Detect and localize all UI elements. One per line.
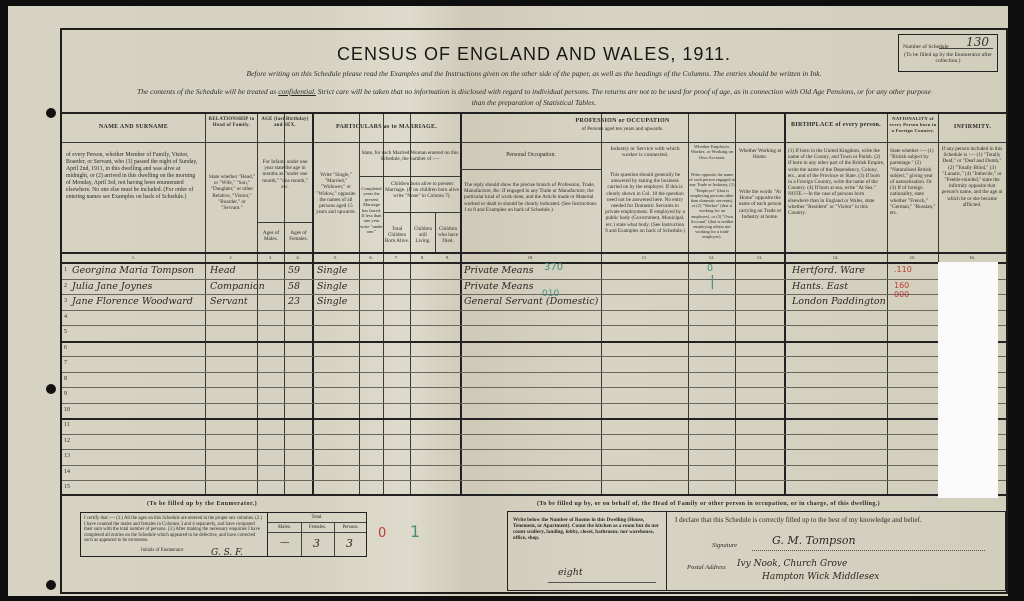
person-name: Georgina Maria Tompson — [72, 265, 194, 276]
col-instructions-relationship: State whether "Head," or "Wife," "Son," … — [208, 174, 256, 211]
person-name: Jane Florence Woodward — [72, 296, 193, 307]
col-number: 2. — [205, 255, 257, 260]
col-instructions-married-woman: State, for each Married Woman entered on… — [360, 150, 460, 162]
schedule-note: (To be filled up by the Enumerator after… — [903, 52, 993, 64]
total-males: — — [280, 537, 290, 548]
table-row: 3 Jane Florence Woodward Servant 23 Sing… — [62, 295, 1006, 311]
declaration-text: I declare that this Schedule is correctl… — [675, 516, 997, 524]
table-row: 7 — [62, 357, 1006, 373]
totals-label: Total. — [268, 515, 366, 520]
blue-mark: 1 — [410, 522, 420, 541]
birthplace: London Paddington — [792, 296, 886, 307]
enumerator-initials: G. S. F. — [211, 551, 243, 557]
total-females: 3 — [313, 537, 320, 550]
col-instructions-employer-status: Write opposite the name of each person e… — [689, 172, 735, 240]
row-number: 4 — [64, 314, 67, 320]
header-divider — [383, 212, 460, 213]
row-number: 5 — [64, 329, 67, 335]
males-label: Males. — [268, 525, 301, 530]
col-number: 10. — [460, 255, 601, 260]
col-instructions-age: For Infants under one year state the age… — [259, 159, 311, 190]
household-caption: (To be filled up by, or on behalf of, th… — [537, 501, 880, 507]
table-row: 1 Georgina Maria Tompson Head 59 Single … — [62, 264, 1006, 280]
row-number: 8 — [64, 376, 67, 382]
table-row: 6 — [62, 342, 1006, 358]
person-name: Julia Jane Joynes — [72, 281, 152, 292]
occupation: General Servant (Domestic) — [464, 296, 598, 307]
punch-hole — [46, 108, 56, 118]
table-body: 1 Georgina Maria Tompson Head 59 Single … — [62, 264, 1006, 494]
table-row: 8 — [62, 373, 1006, 389]
col-header-infirmity: INFIRMITY. — [939, 124, 1006, 130]
col-number: 13. — [735, 255, 784, 260]
birthplace: Hertford. Ware — [792, 265, 865, 276]
notice-text: The contents of the Schedule will be tre… — [137, 87, 278, 96]
col-header-employer-status: Whether Employer, Worker, or Working on … — [689, 144, 735, 160]
col-instructions-marital-status: Write "Single," "Married," "Widower," or… — [314, 172, 358, 215]
punch-hole — [46, 580, 56, 590]
notice-text: than the preparation of Statistical Tabl… — [472, 98, 596, 107]
footer-section: (To be filled up by the Enumerator.) I c… — [62, 494, 1006, 596]
col-number: 14. — [784, 255, 887, 260]
age-female: 59 — [288, 265, 300, 276]
col-header-children-living: Children still Living. — [411, 226, 435, 245]
col-instructions-industry: This question should generally be answer… — [604, 172, 686, 234]
row-number: 9 — [64, 391, 67, 397]
rooms-instructions: Write below the Number of Rooms in this … — [513, 517, 659, 541]
row-number: 1 — [64, 267, 67, 273]
occupation-code: 010 — [542, 289, 559, 299]
row-number: 2 — [64, 283, 67, 289]
table-row: 12 — [62, 435, 1006, 451]
col-number: 4. — [284, 255, 312, 260]
table-row: 10 — [62, 404, 1006, 421]
declaration-box: I declare that this Schedule is correctl… — [667, 511, 1006, 591]
col-header-total-children: Total Children Born Alive. — [384, 226, 410, 245]
row-number: 11 — [64, 422, 70, 428]
col-divider — [435, 212, 436, 252]
postal-address-line2: Hampton Wick Middlesex — [762, 572, 879, 582]
relationship: Companion — [210, 281, 265, 292]
household-table: NAME AND SURNAME of every Person, whethe… — [62, 112, 1006, 494]
occupation: Private Means — [464, 265, 533, 276]
col-header-industry: Industry or Service with which worker is… — [603, 146, 687, 158]
col-header-years-married: Completed years the present Marriage has… — [360, 186, 383, 235]
col-number: 8. — [410, 255, 435, 260]
col-number: 3. — [257, 255, 284, 260]
notice-emphasis: confidential. — [278, 87, 316, 96]
table-row: 2 Julia Jane Joynes Companion 58 Single … — [62, 280, 1006, 296]
col-number: 12. — [688, 255, 735, 260]
postal-address-label: Postal Address — [687, 564, 726, 571]
census-schedule-page: CENSUS OF ENGLAND AND WALES, 1911. Befor… — [8, 6, 1008, 596]
col-header-working-at-home: Whether Working at Home. — [736, 148, 784, 160]
initials-label: Initials of Enumerator — [141, 548, 183, 554]
col-header-personal-occupation: Personal Occupation. — [462, 152, 600, 158]
col-header-ages-females: Ages of Females. — [285, 230, 312, 242]
form-frame: CENSUS OF ENGLAND AND WALES, 1911. Befor… — [60, 28, 1008, 594]
marital-status: Single — [317, 281, 347, 292]
row-number: 6 — [64, 345, 67, 351]
rooms-value: eight — [558, 570, 583, 576]
header-divider — [460, 169, 601, 170]
col-header-name: NAME AND SURNAME — [62, 124, 205, 130]
col-instructions-birthplace: (1) If born in the United Kingdom, write… — [788, 148, 885, 216]
col-instructions-working-at-home: Write the words "At Home" opposite the n… — [738, 189, 782, 220]
col-header-relationship: RELATIONSHIP to Head of Family. — [206, 117, 257, 129]
col-number: 15. — [887, 255, 938, 260]
total-persons: 3 — [346, 537, 353, 550]
schedule-number-label: Number of Schedule — [903, 44, 949, 50]
row-number: 15 — [64, 484, 70, 490]
col-number: 1. — [62, 255, 205, 260]
table-row: 4 — [62, 311, 1006, 327]
row-number: 10 — [64, 407, 70, 413]
table-row: 14 — [62, 466, 1006, 482]
marital-status: Single — [317, 265, 347, 276]
enumerator-certificate: I certify that :— (1.) All the ages on t… — [80, 512, 268, 557]
col-number: 16. — [938, 255, 1006, 260]
col-divider — [284, 222, 285, 252]
col-header-profession: PROFESSION or OCCUPATION — [461, 118, 784, 124]
relationship: Servant — [210, 296, 248, 307]
col-number: 9. — [435, 255, 460, 260]
punch-hole — [46, 384, 56, 394]
row-number: 14 — [64, 469, 70, 475]
col-subheader-profession: of Persons aged ten years and upwards. — [461, 126, 784, 132]
enumerator-caption: (To be filled up by the Enumerator.) — [147, 501, 257, 507]
relationship: Head — [210, 265, 236, 276]
age-female: 23 — [288, 296, 300, 307]
col-header-age: AGE (last Birthday) and SEX. — [258, 117, 312, 129]
table-row: 9 — [62, 388, 1006, 404]
col-number: 11. — [601, 255, 688, 260]
col-header-marriage: PARTICULARS as to MARRIAGE. — [313, 124, 460, 130]
nationality-code: .110 — [894, 265, 912, 274]
red-mark: 0 — [378, 526, 386, 541]
header-divider — [62, 142, 1006, 143]
col-instructions-infirmity: If any person included in this Schedule … — [941, 146, 1003, 208]
row-number: 3 — [64, 298, 67, 304]
rooms-box: Write below the Number of Rooms in this … — [507, 511, 667, 591]
persons-label: Persons. — [334, 525, 367, 530]
signature: G. M. Tompson — [772, 534, 856, 547]
totals-box: Total. Males. Females. Persons. — 3 3 — [267, 512, 367, 557]
col-instructions-personal-occupation: The reply should show the precise branch… — [464, 182, 598, 213]
employer-tick-mark: | — [710, 274, 715, 290]
header-divider — [62, 252, 1006, 254]
col-divider — [410, 212, 411, 252]
redacted-area — [938, 262, 998, 498]
header-divider — [359, 176, 460, 177]
occupation-code: 370 — [544, 262, 563, 273]
schedule-number-box: Number of Schedule 130 (To be filled up … — [898, 34, 998, 72]
confidentiality-notice: The contents of the Schedule will be tre… — [68, 86, 1000, 108]
row-number: 12 — [64, 438, 70, 444]
col-header-birthplace: BIRTHPLACE of every person. — [785, 122, 887, 128]
col-instructions-nationality: State whether :— (1) "British subject by… — [890, 148, 937, 216]
nationality-code: 000 — [894, 290, 909, 299]
postal-address-line1: Ivy Nook, Church Grove — [737, 559, 847, 569]
col-number: 7. — [383, 255, 410, 260]
employer-status: 0 — [707, 263, 713, 274]
col-header-ages-males: Ages of Males. — [258, 230, 284, 242]
certificate-text: I certify that :— (1.) All the ages on t… — [84, 516, 262, 543]
marital-status: Single — [317, 296, 347, 307]
table-row: 13 — [62, 450, 1006, 466]
col-instructions-name: of every Person, whether Member of Famil… — [66, 152, 201, 201]
birthplace: Hants. East — [792, 281, 848, 292]
col-number: 5. — [312, 255, 359, 260]
females-label: Females. — [301, 525, 334, 530]
col-number: 6. — [359, 255, 383, 260]
page-title: CENSUS OF ENGLAND AND WALES, 1911. — [62, 44, 1006, 65]
col-header-nationality: NATIONALITY of every Person born in a Fo… — [888, 116, 938, 135]
col-header-children-born: Children born alive to present Marriage.… — [384, 181, 460, 200]
col-header-children-died: Children who have Died. — [436, 226, 460, 245]
row-number: 13 — [64, 453, 70, 459]
occupation: Private Means — [464, 281, 533, 292]
signature-label: Signature — [712, 542, 737, 549]
nationality-code: 160 — [894, 281, 909, 290]
schedule-number-value: 130 — [966, 35, 989, 49]
age-female: 58 — [288, 281, 300, 292]
instructions-line: Before writing on this Schedule please r… — [62, 69, 1006, 78]
row-number: 7 — [64, 360, 67, 366]
notice-text: Strict care will be taken that no inform… — [316, 87, 931, 96]
table-row: 11 — [62, 419, 1006, 435]
table-row: 5 — [62, 326, 1006, 343]
